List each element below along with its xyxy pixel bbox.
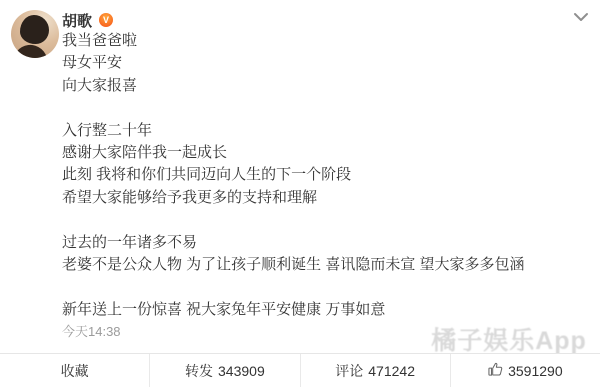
post-line: 感谢大家陪伴我一起成长 bbox=[62, 142, 572, 164]
comment-count: 471242 bbox=[368, 363, 415, 379]
avatar-hair-shape bbox=[20, 15, 49, 44]
avatar[interactable] bbox=[11, 10, 59, 58]
repost-button[interactable]: 转发 343909 bbox=[149, 354, 299, 387]
thumbs-up-icon bbox=[488, 362, 503, 377]
post-line: 我当爸爸啦 bbox=[62, 30, 572, 52]
post-line: 希望大家能够给予我更多的支持和理解 bbox=[62, 187, 572, 209]
repost-count: 343909 bbox=[218, 363, 265, 379]
action-bar: 收藏 转发 343909 评论 471242 3591290 bbox=[0, 353, 600, 387]
like-button[interactable]: 3591290 bbox=[450, 354, 600, 387]
avatar-shoulder-shape bbox=[11, 43, 47, 58]
post-line-blank bbox=[62, 276, 572, 298]
post-line: 此刻 我将和你们共同迈向人生的下一个阶段 bbox=[62, 164, 572, 186]
chevron-down-icon[interactable] bbox=[572, 10, 590, 24]
post-line-blank bbox=[62, 209, 572, 231]
post-line: 老婆不是公众人物 为了让孩子顺利诞生 喜讯隐而未宣 望大家多多包涵 bbox=[62, 254, 572, 276]
like-count: 3591290 bbox=[508, 363, 563, 379]
post-line: 向大家报喜 bbox=[62, 75, 572, 97]
post-line: 入行整二十年 bbox=[62, 120, 572, 142]
username[interactable]: 胡歌 bbox=[62, 10, 92, 31]
watermark-text: 橘子娱乐App bbox=[429, 321, 589, 357]
post-line-blank bbox=[62, 97, 572, 119]
favorite-button[interactable]: 收藏 bbox=[0, 354, 149, 387]
post-line: 过去的一年诸多不易 bbox=[62, 232, 572, 254]
post-header: 胡歌 V bbox=[62, 11, 113, 29]
repost-label: 转发 bbox=[185, 361, 213, 381]
post-line: 母女平安 bbox=[62, 52, 572, 74]
post-content: 我当爸爸啦 母女平安 向大家报喜 入行整二十年 感谢大家陪伴我一起成长 此刻 我… bbox=[62, 30, 572, 321]
verified-badge-icon: V bbox=[99, 13, 113, 27]
post-line: 新年送上一份惊喜 祝大家兔年平安健康 万事如意 bbox=[62, 299, 572, 321]
comment-button[interactable]: 评论 471242 bbox=[300, 354, 450, 387]
post-timestamp: 今天14:38 bbox=[62, 321, 121, 340]
comment-label: 评论 bbox=[335, 361, 363, 381]
favorite-label: 收藏 bbox=[61, 361, 89, 381]
